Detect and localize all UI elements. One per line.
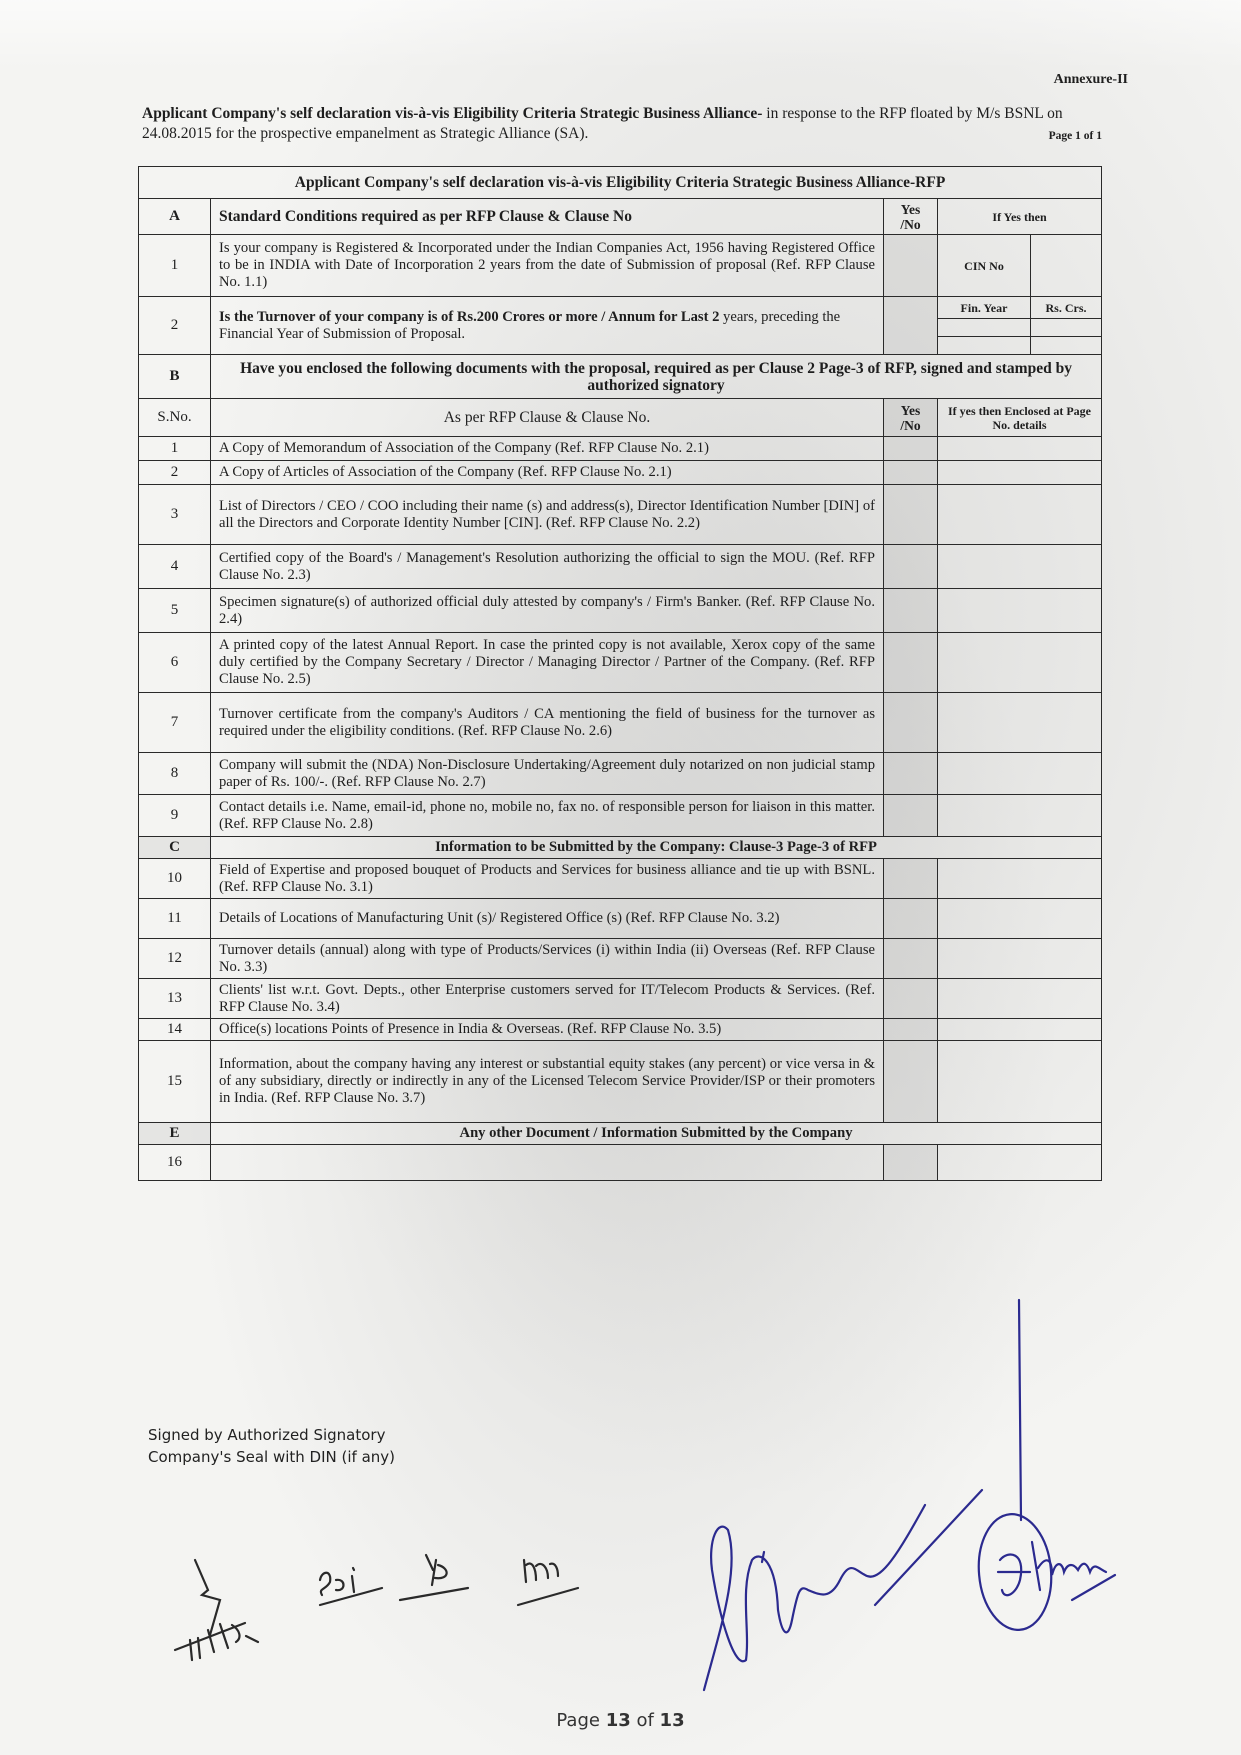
page-no-cell[interactable] xyxy=(938,979,1102,1019)
yes-no-cell[interactable] xyxy=(884,461,938,485)
col-yes-no: Yes /No xyxy=(884,399,938,437)
page-no-cell[interactable] xyxy=(938,461,1102,485)
page-no-cell[interactable] xyxy=(938,545,1102,589)
row-text: Field of Expertise and proposed bouquet … xyxy=(211,859,884,899)
table-row: 9Contact details i.e. Name, email-id, ph… xyxy=(139,795,1102,837)
yes-no-cell[interactable] xyxy=(884,1019,938,1041)
table-row: 16 xyxy=(139,1145,1102,1181)
table-row: 1A Copy of Memorandum of Association of … xyxy=(139,437,1102,461)
page-no-cell[interactable] xyxy=(938,795,1102,837)
row-text: Contact details i.e. Name, email-id, pho… xyxy=(211,795,884,837)
table-row: 11Details of Locations of Manufacturing … xyxy=(139,899,1102,939)
page-no-cell[interactable] xyxy=(938,437,1102,461)
row-text: Company will submit the (NDA) Non-Disclo… xyxy=(211,753,884,795)
row-sn: 5 xyxy=(139,589,211,633)
col-clause: As per RFP Clause & Clause No. xyxy=(211,399,884,437)
fin-year-cell[interactable] xyxy=(938,319,1031,337)
row-sn: 3 xyxy=(139,485,211,545)
yes-no-cell[interactable] xyxy=(884,235,938,297)
section-a-heading: Standard Conditions required as per RFP … xyxy=(211,199,884,235)
page-no-cell[interactable] xyxy=(938,939,1102,979)
table-row: 2 Is the Turnover of your company is of … xyxy=(139,297,1102,319)
row-text: Clients' list w.r.t. Govt. Depts., other… xyxy=(211,979,884,1019)
section-b-columns: S.No. As per RFP Clause & Clause No. Yes… xyxy=(139,399,1102,437)
row-text: A printed copy of the latest Annual Repo… xyxy=(211,633,884,693)
row-text xyxy=(211,1145,884,1181)
section-c-label: C xyxy=(139,837,211,859)
page-total: 13 xyxy=(660,1710,685,1731)
row-text: Turnover details (annual) along with typ… xyxy=(211,939,884,979)
yes-no-cell[interactable] xyxy=(884,753,938,795)
yes-no-cell[interactable] xyxy=(884,899,938,939)
section-b-heading: Have you enclosed the following document… xyxy=(211,355,1102,399)
row-text: A Copy of Articles of Association of the… xyxy=(211,461,884,485)
table-row: 3List of Directors / CEO / COO including… xyxy=(139,485,1102,545)
row-sn: 6 xyxy=(139,633,211,693)
yes-no-cell[interactable] xyxy=(884,979,938,1019)
company-seal-label: Company's Seal with DIN (if any) xyxy=(148,1446,395,1468)
section-e-heading: Any other Document / Information Submitt… xyxy=(211,1123,1102,1145)
page-no-cell[interactable] xyxy=(938,693,1102,753)
page-no-cell[interactable] xyxy=(938,753,1102,795)
table-row: 8Company will submit the (NDA) Non-Discl… xyxy=(139,753,1102,795)
row-sn: 7 xyxy=(139,693,211,753)
handwritten-initials xyxy=(150,1520,570,1670)
table-row: 6A printed copy of the latest Annual Rep… xyxy=(139,633,1102,693)
yes-no-cell[interactable] xyxy=(884,795,938,837)
row-text: Is the Turnover of your company is of Rs… xyxy=(211,297,884,355)
row-sn: 11 xyxy=(139,899,211,939)
row-sn: 13 xyxy=(139,979,211,1019)
annexure-label: Annexure-II xyxy=(1054,72,1128,88)
fin-year-cell[interactable] xyxy=(938,337,1031,355)
yes-no-cell[interactable] xyxy=(884,693,938,753)
cin-value-cell[interactable] xyxy=(1031,235,1102,297)
page-no-cell[interactable] xyxy=(938,633,1102,693)
if-yes-header: If Yes then xyxy=(938,199,1102,235)
section-e-header: E Any other Document / Information Submi… xyxy=(139,1123,1102,1145)
row-sn: 2 xyxy=(139,297,211,355)
authorized-signatures xyxy=(680,1290,1120,1720)
yes-no-cell[interactable] xyxy=(884,545,938,589)
yes-no-cell[interactable] xyxy=(884,437,938,461)
table-row: 1 Is your company is Registered & Incorp… xyxy=(139,235,1102,297)
row-sn: 4 xyxy=(139,545,211,589)
row-text-bold: Is the Turnover of your company is of Rs… xyxy=(219,309,719,325)
page-of: of xyxy=(631,1710,660,1731)
row-sn: 9 xyxy=(139,795,211,837)
row-sn: 1 xyxy=(139,235,211,297)
intro-bold: Applicant Company's self declaration vis… xyxy=(142,105,762,122)
section-b-header: B Have you enclosed the following docume… xyxy=(139,355,1102,399)
fin-year-header: Fin. Year xyxy=(938,297,1031,319)
page-no-cell[interactable] xyxy=(938,859,1102,899)
table-row: 13Clients' list w.r.t. Govt. Depts., oth… xyxy=(139,979,1102,1019)
table-row: 14Office(s) locations Points of Presence… xyxy=(139,1019,1102,1041)
section-a-label: A xyxy=(139,199,211,235)
cin-label: CIN No xyxy=(938,235,1031,297)
table-row: 2A Copy of Articles of Association of th… xyxy=(139,461,1102,485)
page-number: 13 xyxy=(606,1710,631,1731)
section-b-label: B xyxy=(139,355,211,399)
table-title: Applicant Company's self declaration vis… xyxy=(139,167,1102,199)
page-of-label: Page 1 of 1 xyxy=(1049,126,1102,146)
section-c-header: C Information to be Submitted by the Com… xyxy=(139,837,1102,859)
row-sn: 2 xyxy=(139,461,211,485)
page-label: Page xyxy=(556,1710,605,1731)
row-sn: 12 xyxy=(139,939,211,979)
section-c-heading: Information to be Submitted by the Compa… xyxy=(211,837,1102,859)
section-b-rows: 1A Copy of Memorandum of Association of … xyxy=(139,437,1102,837)
yes-no-cell[interactable] xyxy=(884,1041,938,1123)
row-sn: 10 xyxy=(139,859,211,899)
page-footer: Page 13 of 13 xyxy=(0,1710,1241,1731)
table-row: 10Field of Expertise and proposed bouque… xyxy=(139,859,1102,899)
row-text: A Copy of Memorandum of Association of t… xyxy=(211,437,884,461)
row-text: Turnover certificate from the company's … xyxy=(211,693,884,753)
row-text: Is your company is Registered & Incorpor… xyxy=(211,235,884,297)
yes-no-cell[interactable] xyxy=(884,939,938,979)
table-row: 5Specimen signature(s) of authorized off… xyxy=(139,589,1102,633)
row-sn: 8 xyxy=(139,753,211,795)
yes-no-cell[interactable] xyxy=(884,633,938,693)
yes-no-header: Yes /No xyxy=(884,199,938,235)
col-enclosed: If yes then Enclosed at Page No. details xyxy=(938,399,1102,437)
row-text: Specimen signature(s) of authorized offi… xyxy=(211,589,884,633)
eligibility-table: Applicant Company's self declaration vis… xyxy=(138,166,1102,1181)
yes-no-cell[interactable] xyxy=(884,859,938,899)
yes-no-cell[interactable] xyxy=(884,1145,938,1181)
signed-by-label: Signed by Authorized Signatory xyxy=(148,1424,395,1446)
page-no-cell[interactable] xyxy=(938,899,1102,939)
page-no-cell[interactable] xyxy=(938,1019,1102,1041)
yes-no-cell[interactable] xyxy=(884,589,938,633)
section-e-rows: 16 xyxy=(139,1145,1102,1181)
section-e-label: E xyxy=(139,1123,211,1145)
table-row: 7Turnover certificate from the company's… xyxy=(139,693,1102,753)
yes-no-cell[interactable] xyxy=(884,485,938,545)
section-c-rows: 10Field of Expertise and proposed bouque… xyxy=(139,859,1102,1123)
row-text: Certified copy of the Board's / Manageme… xyxy=(211,545,884,589)
rs-crs-cell[interactable] xyxy=(1031,319,1102,337)
row-sn: 15 xyxy=(139,1041,211,1123)
yes-no-cell[interactable] xyxy=(884,297,938,355)
row-text: Details of Locations of Manufacturing Un… xyxy=(211,899,884,939)
page-no-cell[interactable] xyxy=(938,1145,1102,1181)
signature-block: Signed by Authorized Signatory Company's… xyxy=(148,1424,395,1468)
row-text: Information, about the company having an… xyxy=(211,1041,884,1123)
table-row: 15Information, about the company having … xyxy=(139,1041,1102,1123)
page-no-cell[interactable] xyxy=(938,485,1102,545)
row-sn: 14 xyxy=(139,1019,211,1041)
page-no-cell[interactable] xyxy=(938,589,1102,633)
table-row: 12Turnover details (annual) along with t… xyxy=(139,939,1102,979)
table-title-row: Applicant Company's self declaration vis… xyxy=(139,167,1102,199)
col-sno: S.No. xyxy=(139,399,211,437)
page-no-cell[interactable] xyxy=(938,1041,1102,1123)
intro-paragraph: Applicant Company's self declaration vis… xyxy=(142,104,1102,144)
row-sn: 1 xyxy=(139,437,211,461)
row-text: List of Directors / CEO / COO including … xyxy=(211,485,884,545)
row-sn: 16 xyxy=(139,1145,211,1181)
section-a-header: A Standard Conditions required as per RF… xyxy=(139,199,1102,235)
row-text: Office(s) locations Points of Presence i… xyxy=(211,1019,884,1041)
rs-crs-cell[interactable] xyxy=(1031,337,1102,355)
table-row: 4Certified copy of the Board's / Managem… xyxy=(139,545,1102,589)
rs-crs-header: Rs. Crs. xyxy=(1031,297,1102,319)
